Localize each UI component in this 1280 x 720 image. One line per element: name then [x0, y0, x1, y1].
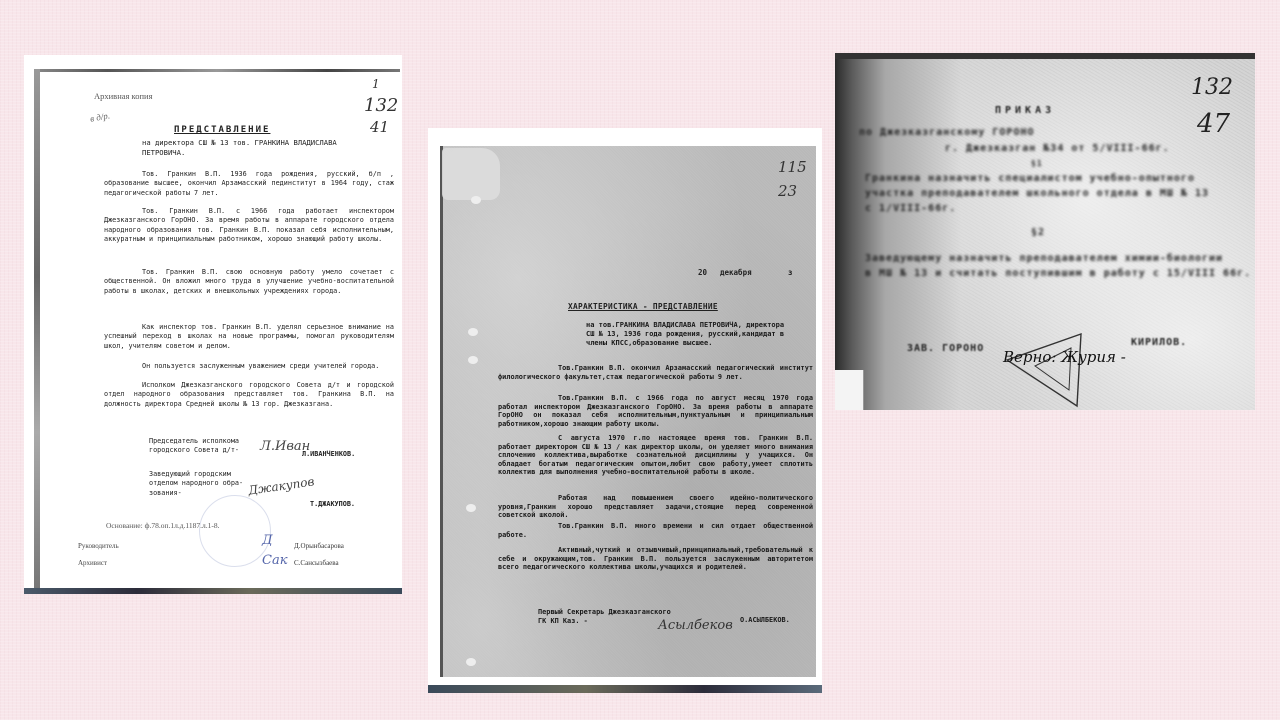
- certifier-role: Архивист: [78, 559, 107, 567]
- order-prikaz: 132 47 ПРИКАЗ по Джезказганскому ГОРОНО …: [835, 53, 1255, 410]
- blue-signature: Д: [262, 533, 273, 548]
- paragraph: С августа 1970 г.по настоящее время тов.…: [498, 434, 813, 477]
- handwritten-certification: Верно: Журия -: [1003, 348, 1126, 366]
- date-month: декабря: [720, 268, 752, 277]
- punch-hole: [466, 504, 476, 512]
- paragraph: Активный,чуткий и отзывчивый,принципиаль…: [498, 546, 813, 572]
- order-line: Заведующему назначить преподавателем хим…: [865, 253, 1223, 264]
- scan-edge-left: [34, 69, 40, 588]
- signatory-name: КИРИЛОВ.: [1131, 337, 1187, 348]
- document-subtitle: на тов.ГРАНКИНА ВЛАДИСЛАВА ПЕТРОВИЧА, ди…: [586, 321, 786, 347]
- signatory-name: Л.ИВАНЧЕНКОВ.: [302, 450, 355, 458]
- order-line: с 1/VIII-66г.: [865, 203, 956, 214]
- order-line: в МШ № 13 и считать поступившим в работу…: [865, 268, 1251, 279]
- archive-basis: Основание: ф.78.оп.1л.д.1187.л.1-8.: [106, 521, 220, 530]
- punch-hole: [468, 328, 478, 336]
- paragraph: Тов. Гранкин В.П. с 1966 года работает и…: [104, 207, 394, 245]
- signatory-name: Т.ДЖАКУПОВ.: [310, 500, 355, 508]
- handwritten-number: 47: [1197, 109, 1230, 139]
- document-subtitle: на директора СШ № 13 тов. ГРАНКИНА ВЛАДИ…: [142, 138, 382, 158]
- punch-hole: [466, 658, 476, 666]
- order-line: по Джезказганскому ГОРОНО: [859, 127, 1035, 138]
- paragraph: Работая над повышением своего идейно-пол…: [498, 494, 813, 520]
- paragraph: Тов. Гранкин В.П. 1936 года рождения, ру…: [104, 170, 394, 198]
- handwritten-number: 115: [778, 158, 807, 176]
- handwritten-signature: Асылбеков: [658, 618, 733, 633]
- document-title: ПРЕДСТАВЛЕНИЕ: [174, 125, 270, 135]
- handwritten-number: 132: [364, 95, 398, 116]
- certifier-name: Д.Орынбасарова: [294, 542, 344, 550]
- paragraph: Тов.Гранкин В.П. много времени и сил отд…: [498, 522, 813, 539]
- signature-label: Заведующий городским отделом народного о…: [149, 470, 259, 498]
- order-line: г. Джезказган №34 от 5/VIII-66г.: [945, 143, 1170, 154]
- document-title: ПРИКАЗ: [995, 105, 1055, 116]
- signature-label: ЗАВ. ГОРОНО: [907, 343, 984, 354]
- torn-corner: [442, 148, 500, 200]
- paragraph: Исполком Джезказганского городского Сове…: [104, 381, 394, 409]
- punch-hole: [471, 196, 481, 204]
- archive-copy-representation: Архивная копия в д/р. 1 132 41 ПРЕДСТАВЛ…: [24, 55, 402, 594]
- signatory-name: О.АСЫЛБЕКОВ.: [740, 616, 790, 624]
- order-line: §2: [1031, 227, 1045, 238]
- scan-edge-top: [34, 69, 400, 72]
- characteristic-representation: 115 23 20 декабря з ХАРАКТЕРИСТИКА - ПРЕ…: [428, 128, 822, 693]
- blue-signature: Сак: [262, 553, 287, 568]
- paragraph: Как инспектор тов. Гранкин В.П. уделял с…: [104, 323, 394, 351]
- handwritten-number: 132: [1191, 75, 1233, 100]
- order-line: Гранкина назначить специалистом учебно-о…: [865, 173, 1195, 184]
- paper-corner: [835, 370, 864, 410]
- punch-hole: [468, 356, 478, 364]
- paragraph: Тов.Гранкин В.П. окончил Арзамасский пед…: [498, 364, 813, 381]
- certifier-role: Руководитель: [78, 542, 119, 550]
- handwritten-number: 23: [778, 182, 797, 200]
- date-day: 20: [698, 268, 707, 277]
- certifier-name: С.Сансызбаева: [294, 559, 339, 567]
- order-line: участка преподавателем школьного отдела …: [865, 188, 1209, 199]
- handwritten-number: 1: [372, 77, 380, 91]
- order-line: §1: [1031, 159, 1043, 168]
- paragraph: Тов.Гранкин В.П. с 1966 года по август м…: [498, 394, 813, 428]
- paragraph: Тов. Гранкин В.П. свою основную работу у…: [104, 268, 394, 296]
- faint-archive-seal: [199, 495, 271, 567]
- margin-note: в д/р.: [89, 110, 110, 123]
- signature-label: Первый Секретарь Джезказганского ГК КП К…: [538, 608, 678, 625]
- scan-edge-bottom: [24, 588, 402, 594]
- signature-label: Председатель исполкома городского Совета…: [149, 437, 259, 456]
- paragraph: Он пользуется заслуженным уважением сред…: [104, 362, 394, 371]
- archive-copy-label: Архивная копия: [94, 91, 153, 101]
- handwritten-number: 41: [370, 118, 389, 136]
- document-title: ХАРАКТЕРИСТИКА - ПРЕДСТАВЛЕНИЕ: [568, 302, 718, 311]
- date-year: з: [788, 268, 793, 277]
- scan-edge-bottom: [428, 685, 822, 693]
